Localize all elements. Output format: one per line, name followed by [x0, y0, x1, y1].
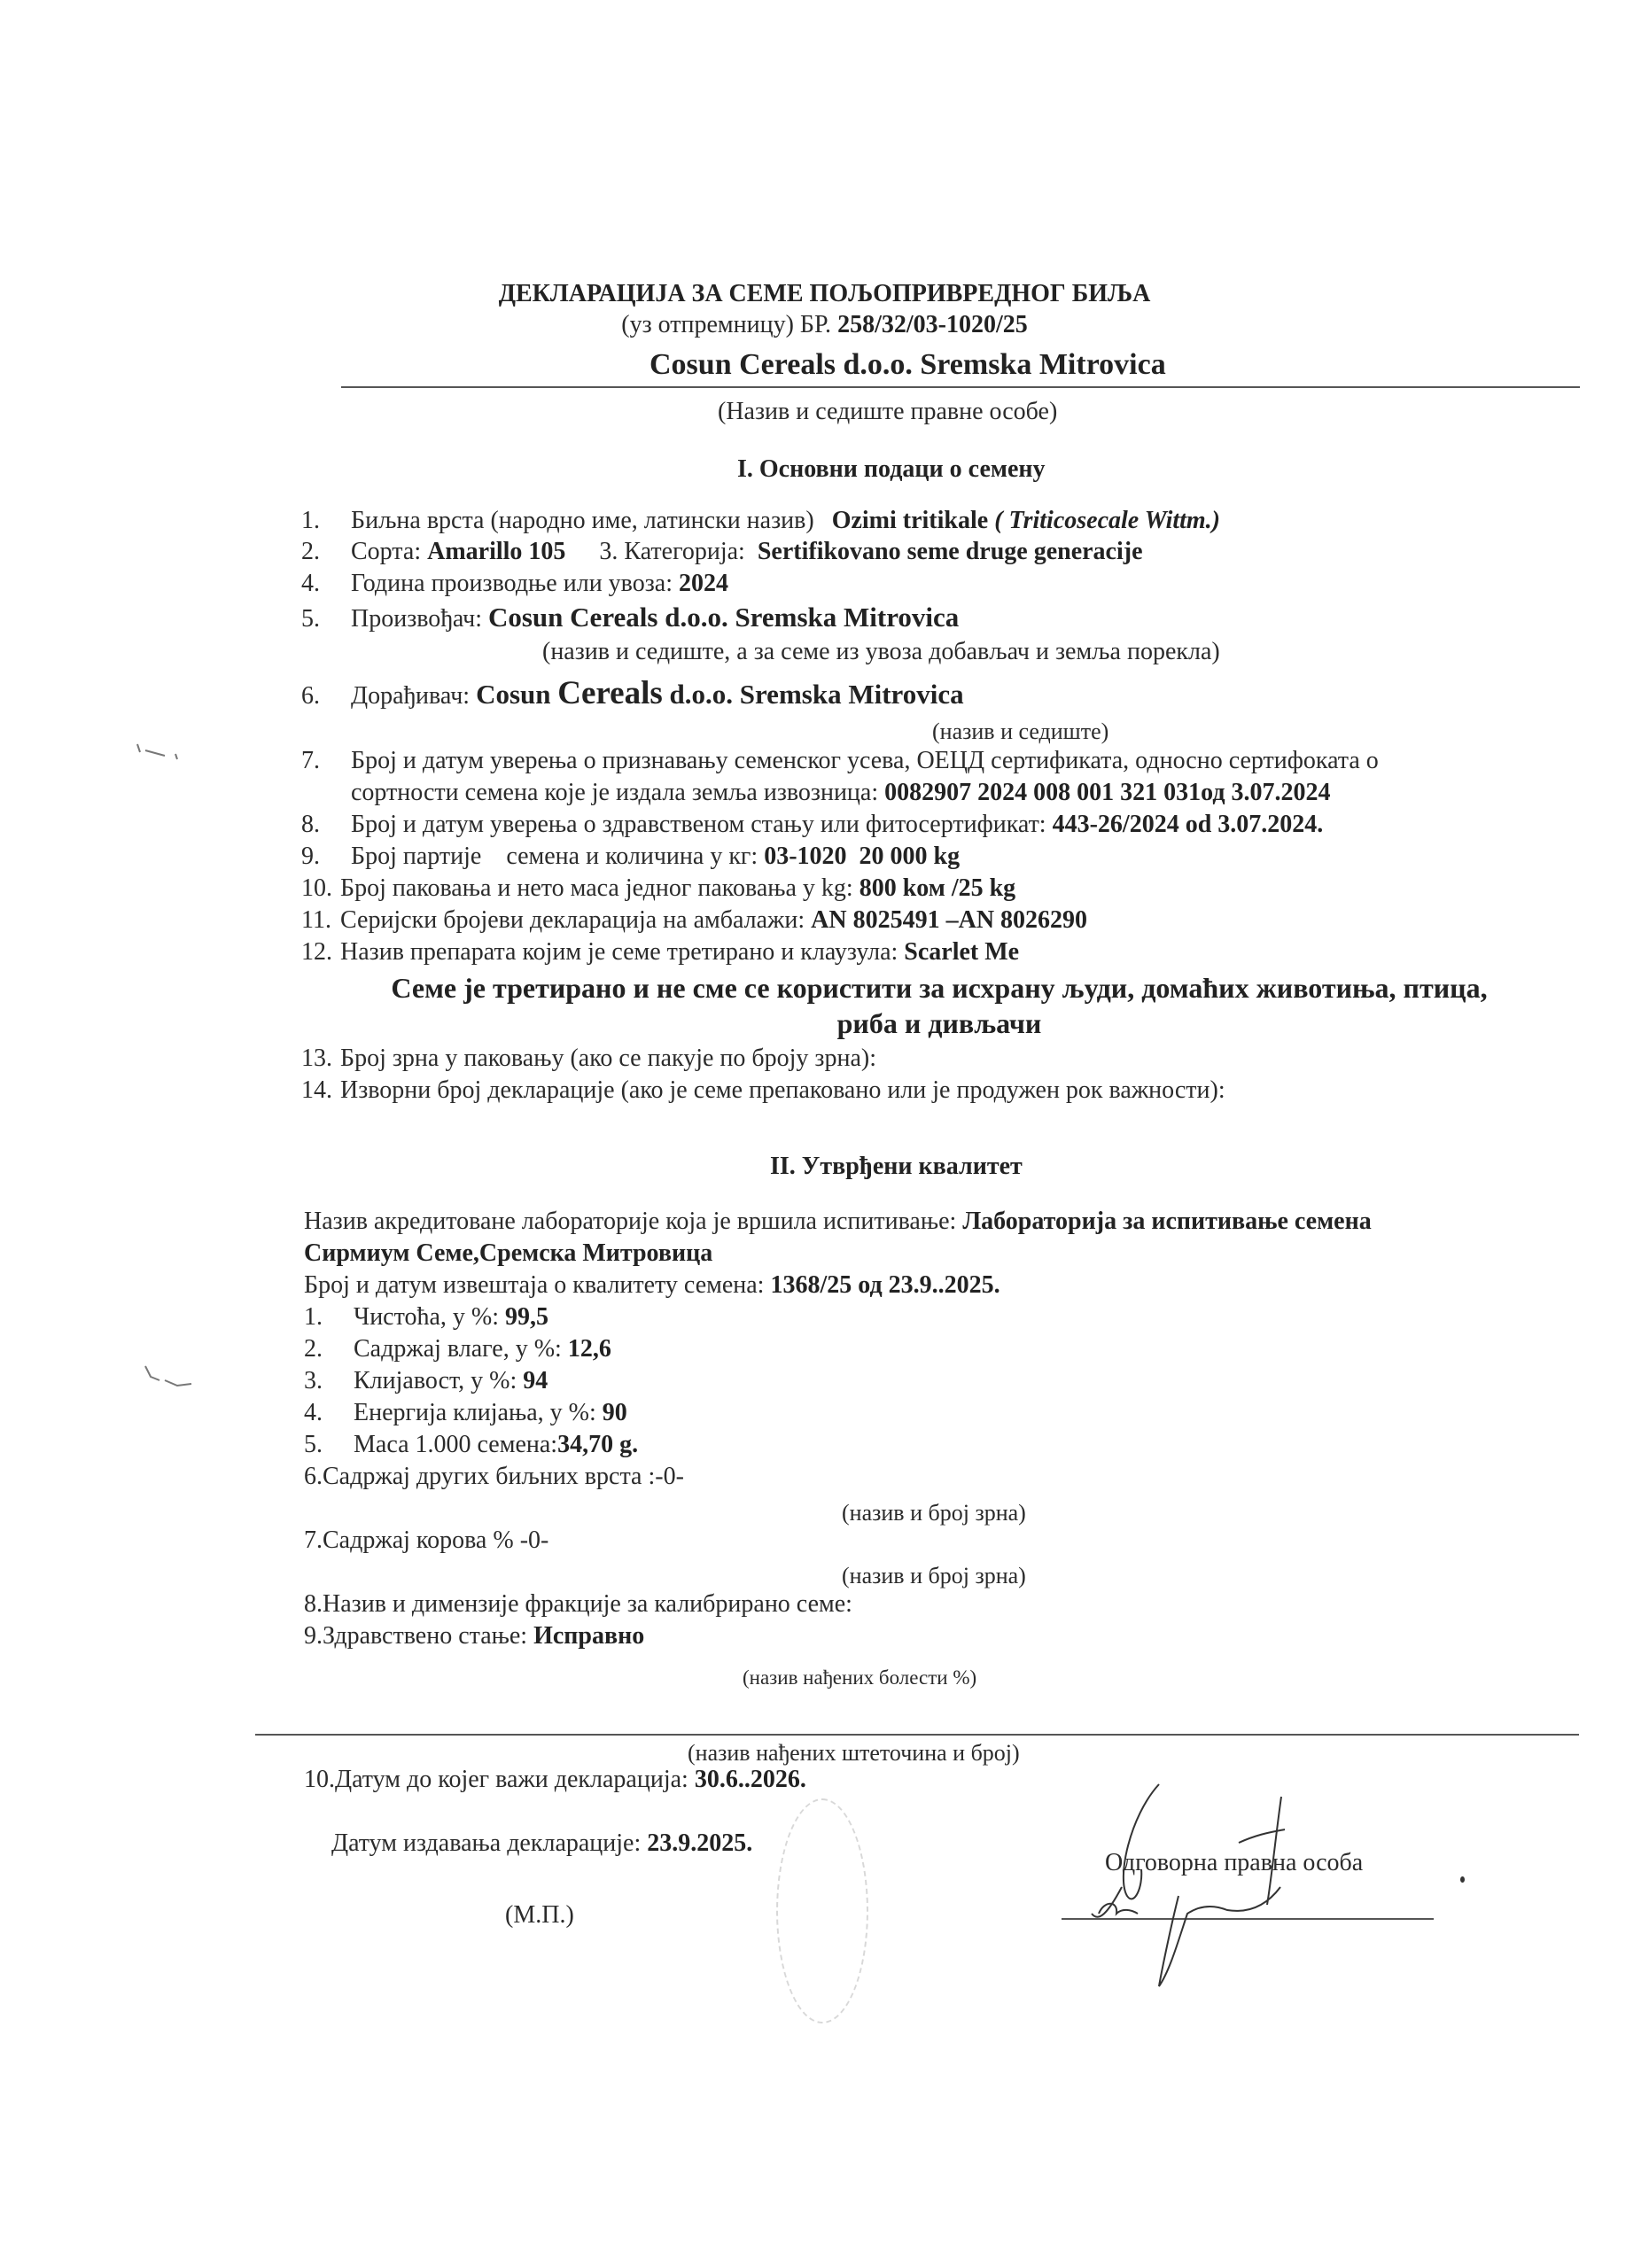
quality-purity: 1.Чистоћа, у %: 99,5	[304, 1302, 548, 1332]
lab-value-line2: Сирмиум Семе,Сремска Митровица	[304, 1239, 712, 1269]
quality-weeds: 7.Садржај корова % -0-	[304, 1526, 548, 1556]
variety-value: Amarillo 105	[427, 538, 565, 565]
item-14: 14.Изворни број декларације (ако је семе…	[301, 1076, 1225, 1106]
plant-species-value: Ozimi tritikale	[832, 507, 989, 534]
item-12: 12.Назив препарата којим је семе третира…	[301, 937, 1019, 967]
diseases-caption: (назив нађених болести %)	[743, 1666, 976, 1690]
quality-thousand-seed-mass: 5.Маса 1.000 семена:34,70 g.	[304, 1430, 638, 1460]
item-7: 7.Број и датум уверења о признавању семе…	[301, 746, 1379, 776]
other-species-caption: (назив и број зрна)	[842, 1499, 1026, 1527]
lab-value: Лабораторија за испитивање семена	[962, 1208, 1371, 1235]
item-10: 10.Број паковања и нето маса једног пако…	[301, 874, 1015, 904]
item-4: 4.Година производње или увоза: 2024	[301, 569, 728, 599]
pests-divider	[255, 1734, 1579, 1736]
section1-heading: I. Основни подаци о семену	[737, 454, 1046, 485]
thousand-seed-mass-value: 34,70 g.	[557, 1431, 638, 1458]
issue-date-line: Датум издавања декларације: 23.9.2025.	[331, 1829, 752, 1859]
serial-numbers-value: AN 8025491 –AN 8026290	[811, 906, 1087, 934]
reference-number: 258/32/03-1020/25	[837, 311, 1028, 338]
pests-caption: (назив нађених штеточина и број)	[688, 1739, 1020, 1767]
lot-value: 03-1020 20 000 kg	[764, 843, 960, 870]
quality-germination-energy: 4.Енергија клијања, у %: 90	[304, 1398, 627, 1428]
item-1: 1.Биљна врста (народно име, латински наз…	[301, 506, 1220, 536]
validity-value: 30.6..2026.	[695, 1766, 806, 1793]
report-value: 1368/25 од 23.9..2025.	[770, 1271, 1000, 1299]
treatment-warning-line1: Семе је третирано и не сме се користити …	[266, 971, 1613, 1005]
item-11: 11.Серијски бројеви декларација на амбал…	[301, 905, 1087, 936]
lab-line: Назив акредитоване лабораторије која је …	[304, 1207, 1372, 1237]
item-6: 6.Дорађивач: Cosun Cereals d.o.o. Sremsk…	[301, 679, 964, 711]
item-9: 9.Број партије семена и количина у кг: 0…	[301, 842, 960, 872]
company-caption: (Назив и седиште правне особе)	[718, 397, 1057, 427]
reference-prefix: (уз отпремницу) БР.	[621, 311, 831, 338]
item-5: 5.Произвођач: Cosun Cereals d.o.o. Srems…	[301, 602, 959, 634]
validity-line: 10.Датум до којег важи декларација: 30.6…	[304, 1765, 806, 1795]
reference-line: (уз отпремницу) БР. 258/32/03-1020/25	[0, 310, 1649, 340]
company-name: Cosun Cereals d.o.o. Sremska Mitrovica	[649, 347, 1166, 383]
header-divider	[341, 386, 1580, 388]
germination-energy-value: 90	[603, 1399, 627, 1426]
category-value: Sertifikovano seme druge generacije	[758, 538, 1143, 565]
quality-health: 9.Здравствено стање: Исправно	[304, 1621, 644, 1651]
moisture-value: 12,6	[568, 1335, 611, 1363]
packages-value: 800 kом /25 kg	[860, 874, 1015, 902]
item-5-caption: (назив и седиште, а за семе из увоза доб…	[542, 637, 1220, 667]
item-13: 13.Број зрна у паковању (ако се пакује п…	[301, 1044, 876, 1074]
purity-value: 99,5	[505, 1303, 548, 1331]
stamp-placeholder: (М.П.)	[505, 1900, 574, 1930]
producer-value: Cosun Cereals d.o.o. Sremska Mitrovica	[488, 602, 959, 633]
section2-heading: II. Утврђени квалитет	[770, 1152, 1023, 1182]
treatment-warning-line2: риба и дивљачи	[266, 1006, 1613, 1040]
item-8: 8.Број и датум уверења о здравственом ст…	[301, 810, 1323, 840]
phyto-certificate-value: 443-26/2024 od 3.07.2024.	[1053, 811, 1324, 838]
treatment-value: Scarlet Me	[904, 938, 1019, 966]
official-stamp	[776, 1798, 868, 2023]
issue-date-value: 23.9.2025.	[647, 1829, 752, 1857]
item-2-3: 2.Сорта: Amarillo 1053. Категорија:Serti…	[301, 537, 1143, 567]
signature-icon	[1046, 1781, 1471, 1993]
quality-fraction: 8.Назив и димензије фракције за калибрир…	[304, 1589, 852, 1619]
report-line: Број и датум извештаја о квалитету семен…	[304, 1270, 1000, 1301]
quality-other-species: 6.Садржај других биљних врста :-0-	[304, 1462, 684, 1492]
germination-value: 94	[523, 1367, 548, 1394]
item-7-line2: сортности семена које је издала земља из…	[351, 778, 1330, 808]
processor-value: Cosun Cereals d.o.o. Sremska Mitrovica	[476, 679, 964, 710]
weeds-caption: (назив и број зрна)	[842, 1562, 1026, 1590]
ink-dot	[1460, 1876, 1465, 1883]
production-year-value: 2024	[679, 570, 728, 597]
quality-germination: 3.Клијавост, у %: 94	[304, 1366, 548, 1396]
latin-name-value: ( Triticosecale Wittm.)	[994, 507, 1220, 534]
quality-moisture: 2.Садржај влаге, у %: 12,6	[304, 1334, 611, 1364]
document-title: ДЕКЛАРАЦИЈА ЗА СЕМЕ ПОЉОПРИВРЕДНОГ БИЉА	[0, 279, 1649, 309]
health-value: Исправно	[533, 1622, 644, 1650]
scan-mark-icon	[142, 1364, 213, 1391]
scan-mark-icon	[133, 740, 213, 766]
certificate-value: 0082907 2024 008 001 321 031од 3.07.2024	[884, 779, 1330, 806]
item-6-caption: (назив и седиште)	[932, 718, 1108, 746]
